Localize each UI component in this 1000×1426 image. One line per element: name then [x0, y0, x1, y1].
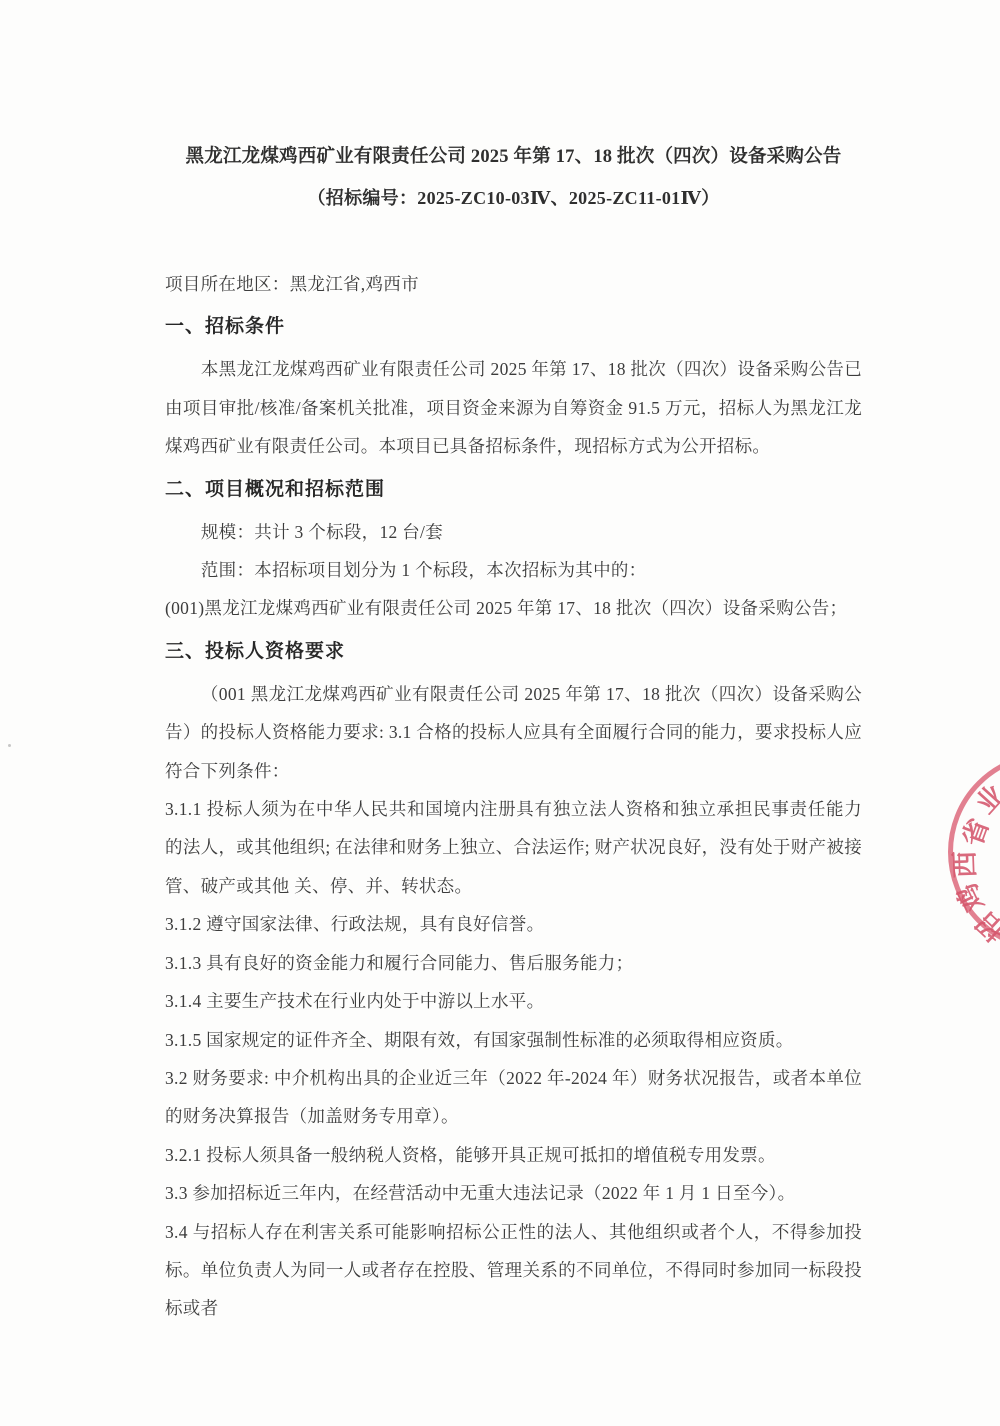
requirement-3-3: 3.3 参加招标近三年内，在经营活动中无重大违法记录（2022 年 1 月 1 …	[165, 1174, 862, 1212]
section-3-heading: 三、投标人资格要求	[165, 631, 862, 673]
requirement-3-1-4: 3.1.4 主要生产技术在行业内处于中游以上水平。	[165, 982, 862, 1020]
requirement-3-1-1: 3.1.1 投标人须为在中华人民共和国境内注册具有独立法人资格和独立承担民事责任…	[165, 790, 862, 905]
requirement-3-1-2: 3.1.2 遵守国家法律、行政法规，具有良好信誉。	[165, 905, 862, 943]
requirement-3-2-1: 3.2.1 投标人须具备一般纳税人资格，能够开具正规可抵扣的增值税专用发票。	[165, 1136, 862, 1174]
section-2-heading: 二、项目概况和招标范围	[165, 469, 862, 511]
qualification-intro: （001 黑龙江龙煤鸡西矿业有限责任公司 2025 年第 17、18 批次（四次…	[165, 675, 862, 790]
scale-line: 规模：共计 3 个标段，12 台/套	[165, 513, 862, 551]
doc-title: 黑龙江龙煤鸡西矿业有限责任公司 2025 年第 17、18 批次（四次）设备采购…	[165, 136, 862, 178]
document-content: 黑龙江龙煤鸡西矿业有限责任公司 2025 年第 17、18 批次（四次）设备采购…	[165, 136, 862, 1328]
section-1-heading: 一、招标条件	[165, 306, 862, 348]
section-1-body: 本黑龙江龙煤鸡西矿业有限责任公司 2025 年第 17、18 批次（四次）设备采…	[165, 350, 862, 465]
project-location: 项目所在地区：黑龙江省,鸡西市	[165, 265, 862, 303]
scope-line: 范围：本招标项目划分为 1 个标段，本次招标为其中的：	[165, 551, 862, 589]
doc-subtitle: （招标编号：2025-ZC10-03Ⅳ、2025-ZC11-01Ⅳ）	[165, 178, 862, 218]
requirement-3-2: 3.2 财务要求: 中介机构出具的企业近三年（2022 年-2024 年）财务状…	[165, 1059, 862, 1136]
lot-line: (001)黑龙江龙煤鸡西矿业有限责任公司 2025 年第 17、18 批次（四次…	[165, 589, 862, 627]
seal-character: 西	[943, 850, 983, 878]
official-seal: 业 省 西 鸡 招	[948, 752, 1000, 952]
requirement-3-1-5: 3.1.5 国家规定的证件齐全、期限有效，有国家强制性标准的必须取得相应资质。	[165, 1021, 862, 1059]
requirement-3-4: 3.4 与招标人存在利害关系可能影响招标公正性的法人、其他组织或者个人，不得参加…	[165, 1213, 862, 1328]
scan-speck	[8, 744, 11, 747]
document-page: 黑龙江龙煤鸡西矿业有限责任公司 2025 年第 17、18 批次（四次）设备采购…	[0, 0, 1000, 1426]
requirement-3-1-3: 3.1.3 具有良好的资金能力和履行合同能力、售后服务能力；	[165, 944, 862, 982]
